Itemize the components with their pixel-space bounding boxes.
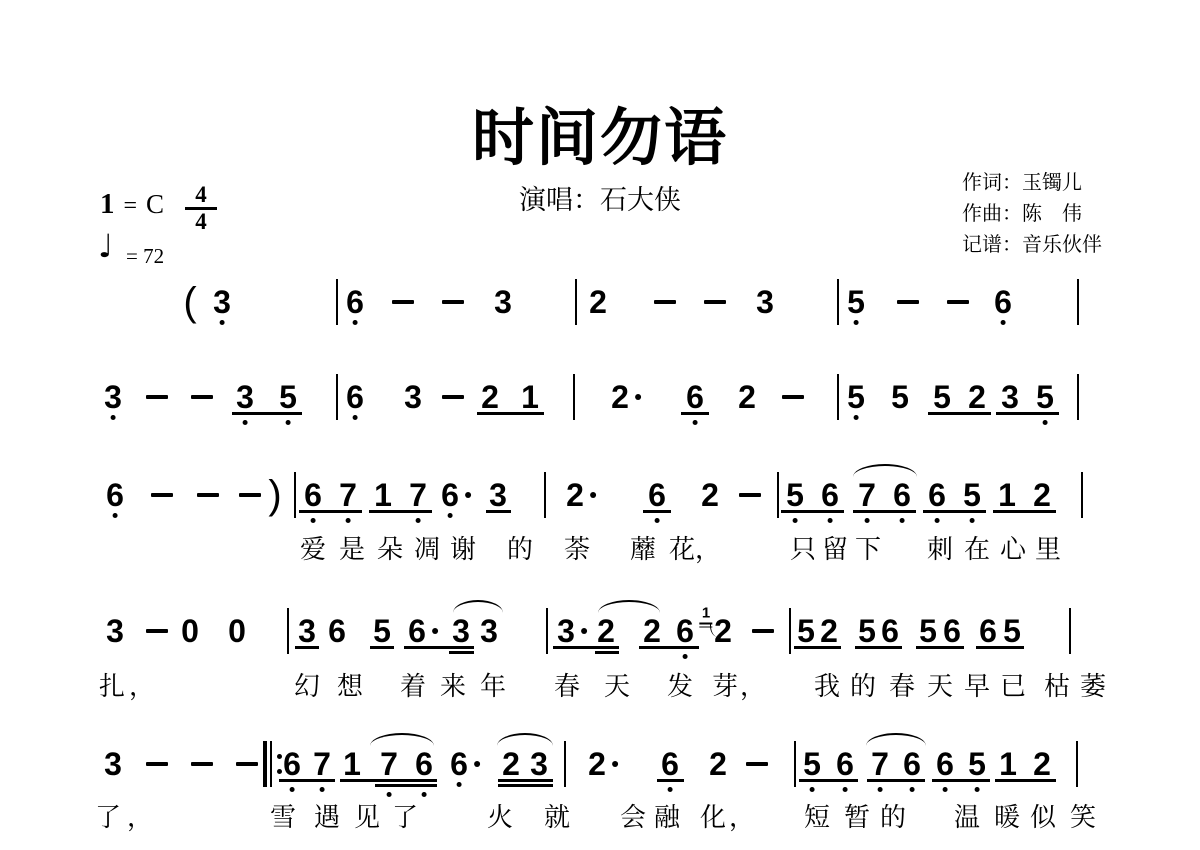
note: 2 — [597, 615, 615, 647]
duration-dash — [151, 493, 173, 497]
note: 5 — [786, 479, 804, 511]
duration-dash — [146, 762, 168, 766]
beam-underline — [498, 779, 553, 782]
beam-underline — [340, 779, 437, 782]
note: 2 — [968, 381, 986, 413]
note: 6 — [450, 748, 468, 780]
note: 2 — [820, 615, 838, 647]
note: 6 — [676, 615, 694, 647]
lyric-char: 暖 — [994, 804, 1020, 830]
duration-dash — [197, 493, 219, 497]
lyric-char: 芽 — [712, 673, 738, 699]
barline — [1077, 279, 1080, 325]
lyric-char: 的 — [507, 536, 533, 562]
note: 3 — [104, 381, 122, 413]
octave-dot — [877, 787, 882, 792]
note: 1 — [343, 748, 361, 780]
lyric-char: 发 — [667, 673, 693, 699]
note: 6 — [415, 748, 433, 780]
note: 3 — [489, 479, 507, 511]
duration-dash — [146, 395, 168, 399]
note: 3 — [494, 286, 512, 318]
octave-dot — [899, 518, 904, 523]
beam-underline — [799, 779, 858, 782]
key-tonic: C — [146, 189, 164, 220]
lyric-char: 心 — [1000, 536, 1026, 562]
lyric-char: 凋 — [414, 536, 440, 562]
note: 6 — [979, 615, 997, 647]
beam-underline — [996, 412, 1059, 415]
lyric-char: 短 — [804, 804, 830, 830]
octave-dot — [864, 518, 869, 523]
note: 5 — [373, 615, 391, 647]
lyric-char: 了 — [392, 804, 418, 830]
beam-underline — [477, 412, 544, 415]
repeat-dot — [277, 769, 282, 774]
duration-dash — [442, 300, 464, 304]
beam-underline — [794, 646, 841, 649]
octave-dot — [853, 415, 858, 420]
duration-dash — [191, 395, 213, 399]
duration-dash — [947, 300, 969, 304]
credit-transcriber: 记谱：音乐伙伴 — [962, 230, 1102, 261]
slur-arc — [370, 733, 434, 746]
note: 6 — [106, 479, 124, 511]
lyric-char: 融 — [654, 804, 680, 830]
octave-dot — [242, 420, 247, 425]
lyric-char: 花 — [669, 536, 695, 562]
augmentation-dot — [635, 394, 641, 400]
note: 6 — [661, 748, 679, 780]
barline — [564, 741, 567, 787]
beam-underline — [370, 646, 394, 649]
lyric-char: 已 — [1000, 673, 1026, 699]
note: 3 — [104, 748, 122, 780]
augmentation-dot — [474, 761, 480, 767]
note: 3 — [756, 286, 774, 318]
lyric-char: 了 — [95, 804, 121, 830]
lyric-char: ， — [740, 673, 766, 699]
note: 2 — [701, 479, 719, 511]
barline — [575, 279, 578, 325]
repeat-dot — [277, 754, 282, 759]
note: 3 — [236, 381, 254, 413]
barline — [1077, 374, 1080, 420]
octave-dot — [352, 320, 357, 325]
lyric-char: 暂 — [844, 804, 870, 830]
lyric-char: 在 — [964, 536, 990, 562]
time-signature-denominator: 4 — [185, 211, 217, 233]
note: 2 — [481, 381, 499, 413]
octave-dot — [942, 787, 947, 792]
note: 6 — [893, 479, 911, 511]
lyric-char: 天 — [927, 673, 953, 699]
octave-dot — [310, 518, 315, 523]
beam-underline — [853, 510, 916, 513]
note: 2 — [1033, 748, 1051, 780]
note: 5 — [963, 479, 981, 511]
duration-dash — [704, 300, 726, 304]
repeat-begin-thin — [270, 741, 272, 787]
lyric-char: 留 — [822, 536, 848, 562]
beam-underline — [995, 779, 1056, 782]
time-signature-numerator: 4 — [185, 184, 217, 206]
octave-dot — [842, 787, 847, 792]
note: 5 — [847, 381, 865, 413]
barline — [336, 374, 339, 420]
lyric-char: 蘼 — [630, 536, 656, 562]
duration-dash — [191, 762, 213, 766]
octave-dot — [809, 787, 814, 792]
barline — [837, 279, 840, 325]
augmentation-dot — [465, 492, 471, 498]
note: 5 — [858, 615, 876, 647]
note: 6 — [283, 748, 301, 780]
lyric-char: 会 — [620, 804, 646, 830]
note: 7 — [409, 479, 427, 511]
credit-composer: 作曲：陈 伟 — [962, 199, 1102, 230]
note: 0 — [228, 615, 246, 647]
note: 2 — [502, 748, 520, 780]
barline — [1081, 472, 1084, 518]
note: 1 — [998, 479, 1016, 511]
octave-dot — [219, 320, 224, 325]
duration-dash — [746, 762, 768, 766]
lyric-char: ， — [695, 536, 721, 562]
barline — [294, 472, 297, 518]
note: 6 — [304, 479, 322, 511]
octave-dot — [421, 792, 426, 797]
credits-block: 作词：玉镯儿 作曲：陈 伟 记谱：音乐伙伴 — [962, 168, 1102, 261]
beam-underline — [553, 646, 619, 649]
octave-dot — [1000, 320, 1005, 325]
note: 1 — [374, 479, 392, 511]
beam-underline — [375, 784, 437, 787]
beam-underline — [486, 510, 511, 513]
lyric-char: 早 — [964, 673, 990, 699]
note: 5 — [847, 286, 865, 318]
note: 2 — [738, 381, 756, 413]
note: 6 — [441, 479, 459, 511]
slur-arc — [598, 600, 660, 613]
beam-underline — [993, 510, 1056, 513]
note: 3 — [530, 748, 548, 780]
repeat-begin-thick — [263, 741, 267, 787]
lyric-char: 遇 — [314, 804, 340, 830]
beam-underline — [299, 510, 362, 513]
octave-dot — [909, 787, 914, 792]
note: 1 — [521, 381, 539, 413]
duration-dash — [442, 395, 464, 399]
octave-dot — [352, 415, 357, 420]
key-number: 1 — [100, 188, 115, 221]
slur-arc — [853, 464, 917, 477]
note: 3 — [557, 615, 575, 647]
octave-dot — [447, 513, 452, 518]
beam-underline — [867, 779, 925, 782]
barline — [287, 608, 290, 654]
barline — [544, 472, 547, 518]
octave-dot — [345, 518, 350, 523]
lyric-char: 是 — [339, 536, 365, 562]
tempo-value: = 72 — [126, 244, 164, 269]
barline — [837, 374, 840, 420]
lyric-char: 着 — [400, 673, 426, 699]
octave-dot — [654, 518, 659, 523]
lyric-char: 只 — [790, 536, 816, 562]
note: 6 — [943, 615, 961, 647]
beam-underline — [595, 651, 619, 654]
note: 6 — [328, 615, 346, 647]
octave-dot — [827, 518, 832, 523]
note: 6 — [994, 286, 1012, 318]
note: 6 — [686, 381, 704, 413]
note: 3 — [452, 615, 470, 647]
octave-dot — [289, 787, 294, 792]
lyric-char: 春 — [554, 673, 580, 699]
note: 6 — [346, 286, 364, 318]
beam-underline — [498, 784, 553, 787]
note: 5 — [797, 615, 815, 647]
lyric-char: 温 — [954, 804, 980, 830]
note: 3 — [213, 286, 231, 318]
duration-dash — [146, 629, 168, 633]
note: 2 — [643, 615, 661, 647]
note: 7 — [313, 748, 331, 780]
lyric-char: 春 — [889, 673, 915, 699]
barline — [573, 374, 576, 420]
octave-dot — [285, 420, 290, 425]
note: 5 — [1036, 381, 1054, 413]
beam-underline — [232, 412, 302, 415]
lyric-char: 似 — [1030, 804, 1056, 830]
octave-dot — [969, 518, 974, 523]
lyric-char: ， — [729, 804, 755, 830]
note: 3 — [106, 615, 124, 647]
barline — [1069, 608, 1072, 654]
lyric-char: 荼 — [564, 536, 590, 562]
note: 3 — [480, 615, 498, 647]
lyric-char: 火 — [487, 804, 513, 830]
octave-dot — [456, 782, 461, 787]
parenthesis: ( — [183, 282, 196, 322]
note: 3 — [1001, 381, 1019, 413]
lyric-char: 谢 — [450, 536, 476, 562]
lyric-char: 萎 — [1080, 673, 1106, 699]
note: 0 — [181, 615, 199, 647]
beam-underline — [976, 646, 1024, 649]
slur-arc — [497, 733, 553, 746]
key-equals: = — [124, 193, 138, 220]
slur-arc — [866, 733, 926, 746]
augmentation-dot — [432, 628, 438, 634]
note: 7 — [380, 748, 398, 780]
lyric-char: ， — [129, 673, 155, 699]
note: 2 — [589, 286, 607, 318]
note: 5 — [891, 381, 909, 413]
beam-underline — [369, 510, 432, 513]
lyric-char: ， — [127, 804, 153, 830]
note: 6 — [903, 748, 921, 780]
beam-underline — [681, 412, 709, 415]
octave-dot — [319, 787, 324, 792]
octave-dot — [792, 518, 797, 523]
duration-dash — [897, 300, 919, 304]
note: 6 — [408, 615, 426, 647]
grace-hook — [710, 623, 718, 637]
barline — [546, 608, 549, 654]
parenthesis: ) — [268, 475, 281, 515]
beam-underline — [916, 646, 964, 649]
barline — [777, 472, 780, 518]
lyric-char: 来 — [440, 673, 466, 699]
note: 2 — [588, 748, 606, 780]
slur-arc — [453, 600, 503, 613]
sheet-music-page: 时间勿语 演唱：石大侠 作词：玉镯儿 作曲：陈 伟 记谱：音乐伙伴 1 = C … — [0, 0, 1200, 850]
duration-dash — [239, 493, 261, 497]
beam-underline — [449, 651, 474, 654]
octave-dot — [1042, 420, 1047, 425]
octave-dot — [110, 415, 115, 420]
octave-dot — [112, 513, 117, 518]
note: 5 — [803, 748, 821, 780]
grace-note: 1 — [702, 606, 710, 621]
barline — [794, 741, 797, 787]
octave-dot — [974, 787, 979, 792]
octave-dot — [415, 518, 420, 523]
beam-underline — [932, 779, 990, 782]
time-signature: 4 4 — [185, 184, 217, 233]
note: 2 — [566, 479, 584, 511]
lyric-char: 天 — [604, 673, 630, 699]
quarter-note-icon: ♩ — [98, 230, 113, 262]
beam-underline — [295, 646, 319, 649]
beam-underline — [855, 646, 902, 649]
duration-dash — [752, 629, 774, 633]
octave-dot — [853, 320, 858, 325]
lyric-char: 想 — [337, 673, 363, 699]
barline — [789, 608, 792, 654]
note: 6 — [346, 381, 364, 413]
lyric-char: 里 — [1035, 536, 1061, 562]
lyric-char: 朵 — [377, 536, 403, 562]
lyric-char: 雪 — [270, 804, 296, 830]
octave-dot — [682, 654, 687, 659]
song-title: 时间勿语 — [0, 88, 1200, 177]
note: 7 — [339, 479, 357, 511]
note: 5 — [1003, 615, 1021, 647]
beam-underline — [279, 779, 335, 782]
lyric-char: 下 — [855, 536, 881, 562]
note: 6 — [836, 748, 854, 780]
beam-underline — [657, 779, 684, 782]
note: 7 — [858, 479, 876, 511]
note: 5 — [933, 381, 951, 413]
barline — [1076, 741, 1079, 787]
note: 1 — [999, 748, 1017, 780]
lyric-char: 笑 — [1070, 804, 1096, 830]
credit-lyricist: 作词：玉镯儿 — [962, 168, 1102, 199]
lyric-char: 的 — [880, 804, 906, 830]
duration-dash — [236, 762, 258, 766]
note: 6 — [881, 615, 899, 647]
note: 2 — [709, 748, 727, 780]
note: 6 — [821, 479, 839, 511]
duration-dash — [392, 300, 414, 304]
note: 6 — [648, 479, 666, 511]
note: 6 — [928, 479, 946, 511]
lyric-char: 就 — [544, 804, 570, 830]
note: 5 — [279, 381, 297, 413]
beam-underline — [923, 510, 986, 513]
lyric-char: 我 — [814, 673, 840, 699]
augmentation-dot — [590, 492, 596, 498]
note: 3 — [298, 615, 316, 647]
note: 3 — [404, 381, 422, 413]
octave-dot — [692, 420, 697, 425]
key-signature: 1 = C — [100, 188, 164, 221]
lyric-char: 化 — [700, 804, 726, 830]
beam-underline — [404, 646, 474, 649]
note: 6 — [936, 748, 954, 780]
augmentation-dot — [612, 761, 618, 767]
octave-dot — [386, 792, 391, 797]
augmentation-dot — [581, 628, 587, 634]
lyric-char: 枯 — [1044, 673, 1070, 699]
note: 7 — [871, 748, 889, 780]
duration-dash — [654, 300, 676, 304]
lyric-char: 幻 — [294, 673, 320, 699]
lyric-char: 爱 — [300, 536, 326, 562]
octave-dot — [934, 518, 939, 523]
beam-underline — [643, 510, 671, 513]
beam-underline — [928, 412, 991, 415]
note: 5 — [919, 615, 937, 647]
lyric-char: 见 — [354, 804, 380, 830]
note: 5 — [968, 748, 986, 780]
beam-underline — [781, 510, 844, 513]
note: 2 — [611, 381, 629, 413]
beam-underline — [639, 646, 699, 649]
lyric-char: 年 — [480, 673, 506, 699]
lyric-char: 的 — [850, 673, 876, 699]
barline — [336, 279, 339, 325]
duration-dash — [782, 395, 804, 399]
octave-dot — [667, 787, 672, 792]
duration-dash — [739, 493, 761, 497]
lyric-char: 扎 — [99, 673, 125, 699]
lyric-char: 刺 — [927, 536, 953, 562]
note: 2 — [1033, 479, 1051, 511]
